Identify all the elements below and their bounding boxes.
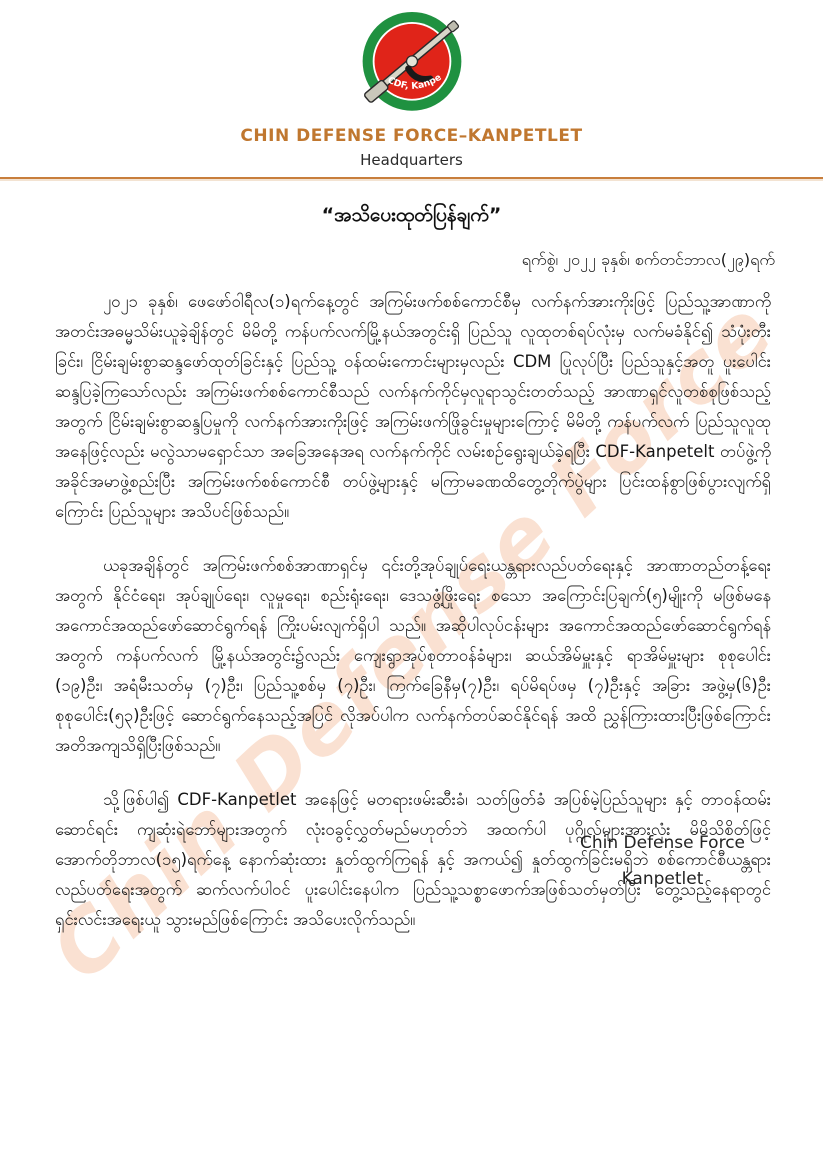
signature-line-2: Kanpetlet	[580, 862, 745, 898]
organization-name: CHIN DEFENSE FORCE–KANPETLET	[0, 126, 823, 146]
organization-subtitle: Headquarters	[0, 151, 823, 169]
paragraph-2: ယခုအချိန်တွင် အကြမ်းဖက်စစ်အာဏာရှင်မှ ၎င်…	[55, 551, 771, 761]
date-line: ရက်စွဲ၊ ၂၀၂၂ ခုနှစ်၊ စက်တင်ဘာလ(၂၉)ရက်	[0, 249, 823, 273]
header-divider	[0, 177, 823, 181]
document-title: “အသိပေးထုတ်ပြန်ချက်”	[0, 203, 823, 231]
letterhead: CDF, Kanpetlet CHIN DEFENSE FORCE–KANPET…	[0, 0, 823, 181]
signature-block: Chin Defense Force Kanpetlet	[580, 826, 745, 897]
signature-line-1: Chin Defense Force	[580, 826, 745, 862]
cdf-kanpetlet-logo-icon: CDF, Kanpetlet	[348, 6, 476, 124]
paragraph-1: ၂၀၂၁ ခုနှစ်၊ ဖေဖော်ဝါရီလ(၁)ရက်နေ့တွင် အက…	[55, 287, 771, 527]
announcement-document-page: Chin Defense Force	[0, 0, 823, 1164]
